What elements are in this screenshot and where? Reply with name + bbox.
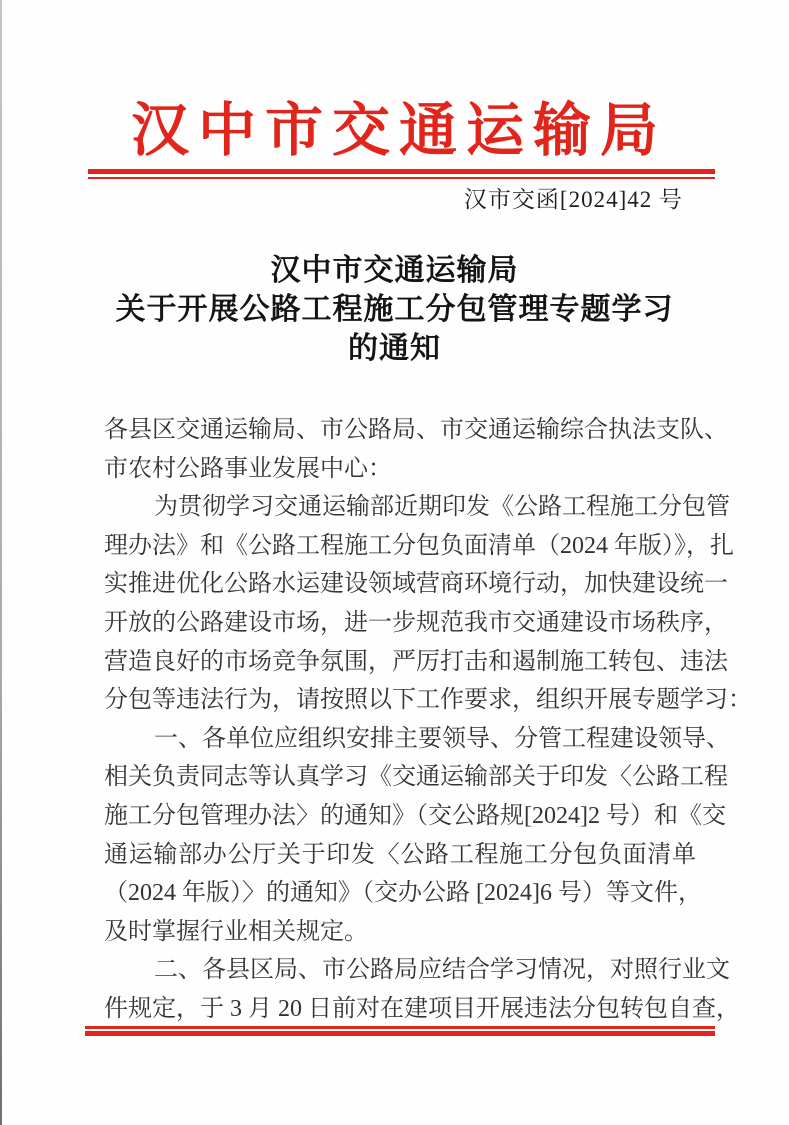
official-document-page: 汉中市交通运输局 汉市交函[2024]42 号 汉中市交通运输局 关于开展公路工… — [0, 0, 789, 1125]
document-body: 各县区交通运输局、市公路局、市交通运输综合执法支队、 市农村公路事业发展中心： … — [104, 411, 696, 1029]
body-line: 施工分包管理办法〉的通知》（交公路规[2024]2 号）和《交 — [104, 797, 696, 836]
body-line-item-2: 二、各县区局、市公路局应结合学习情况，对照行业文 — [104, 951, 696, 990]
scan-border-artifact — [0, 0, 2, 1125]
document-title-line-2: 关于开展公路工程施工分包管理专题学习 — [0, 290, 789, 329]
body-line: 相关负责同志等认真学习《交通运输部关于印发〈公路工程 — [104, 758, 696, 797]
body-line: 理办法》和《公路工程施工分包负面清单（2024 年版）》，扎 — [104, 527, 696, 566]
document-title-line-1: 汉中市交通运输局 — [0, 251, 789, 290]
body-line: （2024 年版）〉的通知》（交办公路 [2024]6 号）等文件， — [104, 874, 696, 913]
body-line: 开放的公路建设市场，进一步规范我市交通建设市场秩序， — [104, 604, 696, 643]
body-line: 通运输部办公厅关于印发〈公路工程施工分包负面清单 — [104, 836, 696, 875]
letterhead-agency-name: 汉中市交通运输局 — [0, 100, 789, 162]
footer-divider-thick-line — [85, 1031, 715, 1036]
body-line: 营造良好的市场竞争氛围，严厉打击和遏制施工转包、违法 — [104, 643, 696, 682]
body-line: 件规定，于 3 月 20 日前对在建项目开展违法分包转包自查， — [104, 990, 696, 1029]
body-line-item-1: 一、各单位应组织安排主要领导、分管工程建设领导、 — [104, 720, 696, 759]
body-line: 为贯彻学习交通运输部近期印发《公路工程施工分包管 — [104, 488, 696, 527]
document-reference-number: 汉市交函[2024]42 号 — [464, 187, 683, 213]
page-footer-divider — [85, 1026, 715, 1036]
body-line: 及时掌握行业相关规定。 — [104, 913, 696, 952]
body-line-recipients-1: 各县区交通运输局、市公路局、市交通运输综合执法支队、 — [104, 411, 696, 450]
body-line: 实推进优化公路水运建设领域营商环境行动，加快建设统一 — [104, 565, 696, 604]
letterhead-divider — [88, 169, 715, 179]
body-line-recipients-2: 市农村公路事业发展中心： — [104, 450, 696, 489]
document-title: 汉中市交通运输局 关于开展公路工程施工分包管理专题学习 的通知 — [0, 251, 789, 368]
letterhead-divider-thin-line — [88, 177, 715, 179]
body-line: 分包等违法行为，请按照以下工作要求，组织开展专题学习： — [104, 681, 696, 720]
document-title-line-3: 的通知 — [0, 329, 789, 368]
